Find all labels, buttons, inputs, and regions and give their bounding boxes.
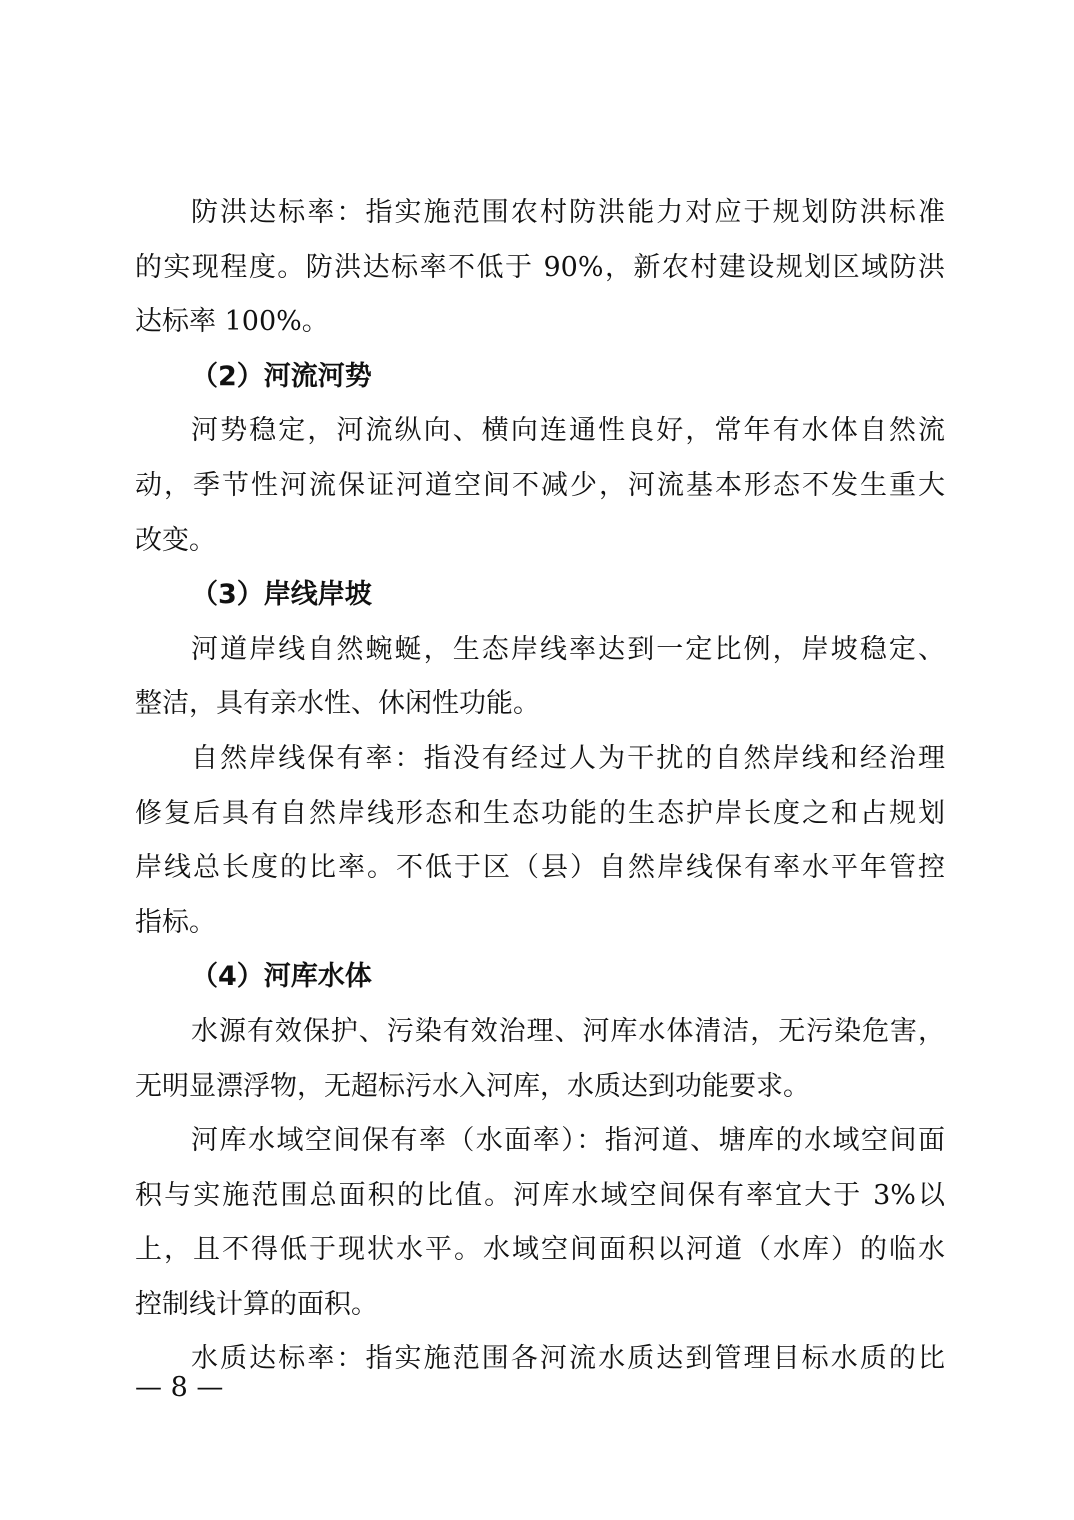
page-number: — 8 — <box>135 1372 223 1403</box>
paragraph-river-regime: 河势稳定，河流纵向、横向连通性良好，常年有水体自然流 动，季节性河流保证河道空间… <box>135 404 945 568</box>
text-line: 水质达标率：指实施范围各河流水质达到管理目标水质的比 <box>135 1332 945 1387</box>
document-body: 防洪达标率：指实施范围农村防洪能力对应于规划防洪标准 的实现程度。防洪达标率不低… <box>135 186 945 1387</box>
text-line: 河库水域空间保有率（水面率）：指河道、塘库的水域空间面 <box>135 1114 945 1169</box>
text-line: 岸线总长度的比率。不低于区（县）自然岸线保有率水平年管控 <box>135 841 945 896</box>
text-line: 上，且不得低于现状水平。水域空间面积以河道（水库）的临水 <box>135 1223 945 1278</box>
section-heading-shoreline: （3）岸线岸坡 <box>135 568 945 623</box>
text-line: 河势稳定，河流纵向、横向连通性良好，常年有水体自然流 <box>135 404 945 459</box>
text-line: 达标率 100%。 <box>135 295 945 350</box>
paragraph-shoreline: 河道岸线自然蜿蜒，生态岸线率达到一定比例，岸坡稳定、 整洁，具有亲水性、休闲性功… <box>135 623 945 732</box>
text-line: 的实现程度。防洪达标率不低于 90%，新农村建设规划区域防洪 <box>135 241 945 296</box>
text-line: 改变。 <box>135 514 945 569</box>
text-line: 河道岸线自然蜿蜒，生态岸线率达到一定比例，岸坡稳定、 <box>135 623 945 678</box>
text-line: 整洁，具有亲水性、休闲性功能。 <box>135 677 945 732</box>
text-line: 无明显漂浮物，无超标污水入河库，水质达到功能要求。 <box>135 1060 945 1115</box>
section-heading-water-body: （4）河库水体 <box>135 950 945 1005</box>
text-line: 修复后具有自然岸线形态和生态功能的生态护岸长度之和占规划 <box>135 787 945 842</box>
paragraph-natural-shoreline-rate: 自然岸线保有率：指没有经过人为干扰的自然岸线和经治理 修复后具有自然岸线形态和生… <box>135 732 945 950</box>
text-line: 防洪达标率：指实施范围农村防洪能力对应于规划防洪标准 <box>135 186 945 241</box>
text-line: 水源有效保护、污染有效治理、河库水体清洁，无污染危害， <box>135 1005 945 1060</box>
paragraph-water-body: 水源有效保护、污染有效治理、河库水体清洁，无污染危害， 无明显漂浮物，无超标污水… <box>135 1005 945 1114</box>
text-line: 控制线计算的面积。 <box>135 1278 945 1333</box>
paragraph-water-quality-rate: 水质达标率：指实施范围各河流水质达到管理目标水质的比 <box>135 1332 945 1387</box>
text-line: 动，季节性河流保证河道空间不减少，河流基本形态不发生重大 <box>135 459 945 514</box>
paragraph-water-area-rate: 河库水域空间保有率（水面率）：指河道、塘库的水域空间面 积与实施范围总面积的比值… <box>135 1114 945 1332</box>
paragraph-flood-control-rate: 防洪达标率：指实施范围农村防洪能力对应于规划防洪标准 的实现程度。防洪达标率不低… <box>135 186 945 350</box>
text-line: 积与实施范围总面积的比值。河库水域空间保有率宜大于 3%以 <box>135 1169 945 1224</box>
text-line: 自然岸线保有率：指没有经过人为干扰的自然岸线和经治理 <box>135 732 945 787</box>
section-heading-river-regime: （2）河流河势 <box>135 350 945 405</box>
text-line: 指标。 <box>135 896 945 951</box>
